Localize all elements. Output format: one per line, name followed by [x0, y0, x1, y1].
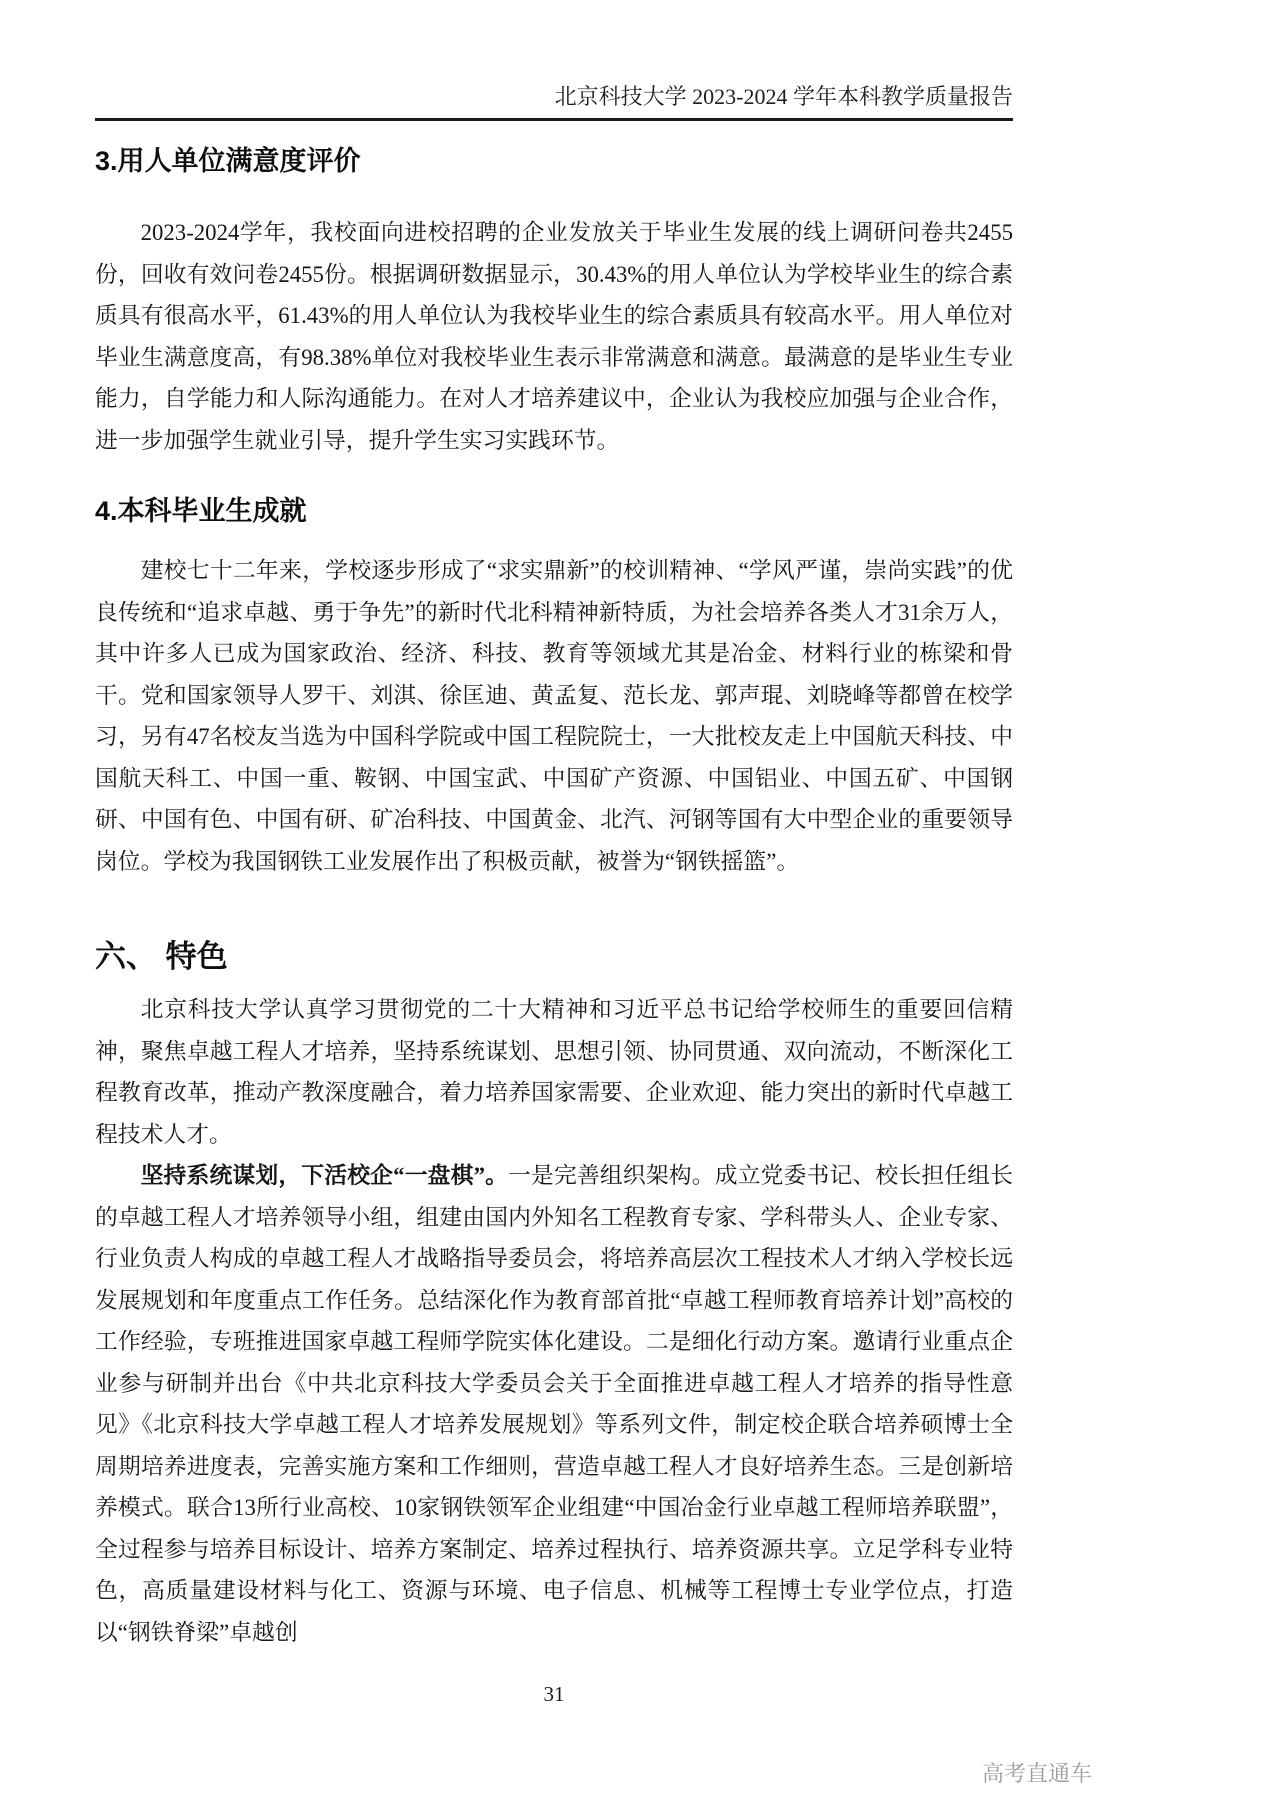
header-title: 北京科技大学 2023-2024 学年本科教学质量报告 — [555, 84, 1013, 109]
header-divider — [95, 118, 1013, 121]
content-column: 北京科技大学 2023-2024 学年本科教学质量报告 3.用人单位满意度评价 … — [95, 0, 1013, 1653]
page-header: 北京科技大学 2023-2024 学年本科教学质量报告 — [95, 82, 1013, 112]
measures-lead-bold: 坚持系统谋划，下活校企“一盘棋”。 — [141, 1163, 509, 1188]
watermark: 高考直通车 — [982, 1760, 1092, 1788]
chapter-intro-paragraph: 北京科技大学认真学习贯彻党的二十大精神和习近平总书记给学校师生的重要回信精神，聚… — [95, 989, 1013, 1155]
chapter-measures-paragraph: 坚持系统谋划，下活校企“一盘棋”。一是完善组织架构。成立党委书记、校长担任组长的… — [95, 1155, 1013, 1653]
chapter-6-heading: 六、 特色 — [95, 934, 1013, 980]
measures-body-text: 一是完善组织架构。成立党委书记、校长担任组长的卓越工程人才培养领导小组，组建由国… — [95, 1163, 1013, 1645]
section-3-heading: 3.用人单位满意度评价 — [95, 144, 1013, 178]
page-number: 31 — [95, 1681, 1013, 1707]
document-page: 北京科技大学 2023-2024 学年本科教学质量报告 3.用人单位满意度评价 … — [0, 0, 1280, 1810]
section-4-paragraph: 建校七十二年来，学校逐步形成了“求实鼎新”的校训精神、“学风严谨，崇尚实践”的优… — [95, 550, 1013, 882]
section-4-heading: 4.本科毕业生成就 — [95, 494, 1013, 528]
section-3-paragraph: 2023-2024学年，我校面向进校招聘的企业发放关于毕业生发展的线上调研问卷共… — [95, 212, 1013, 461]
